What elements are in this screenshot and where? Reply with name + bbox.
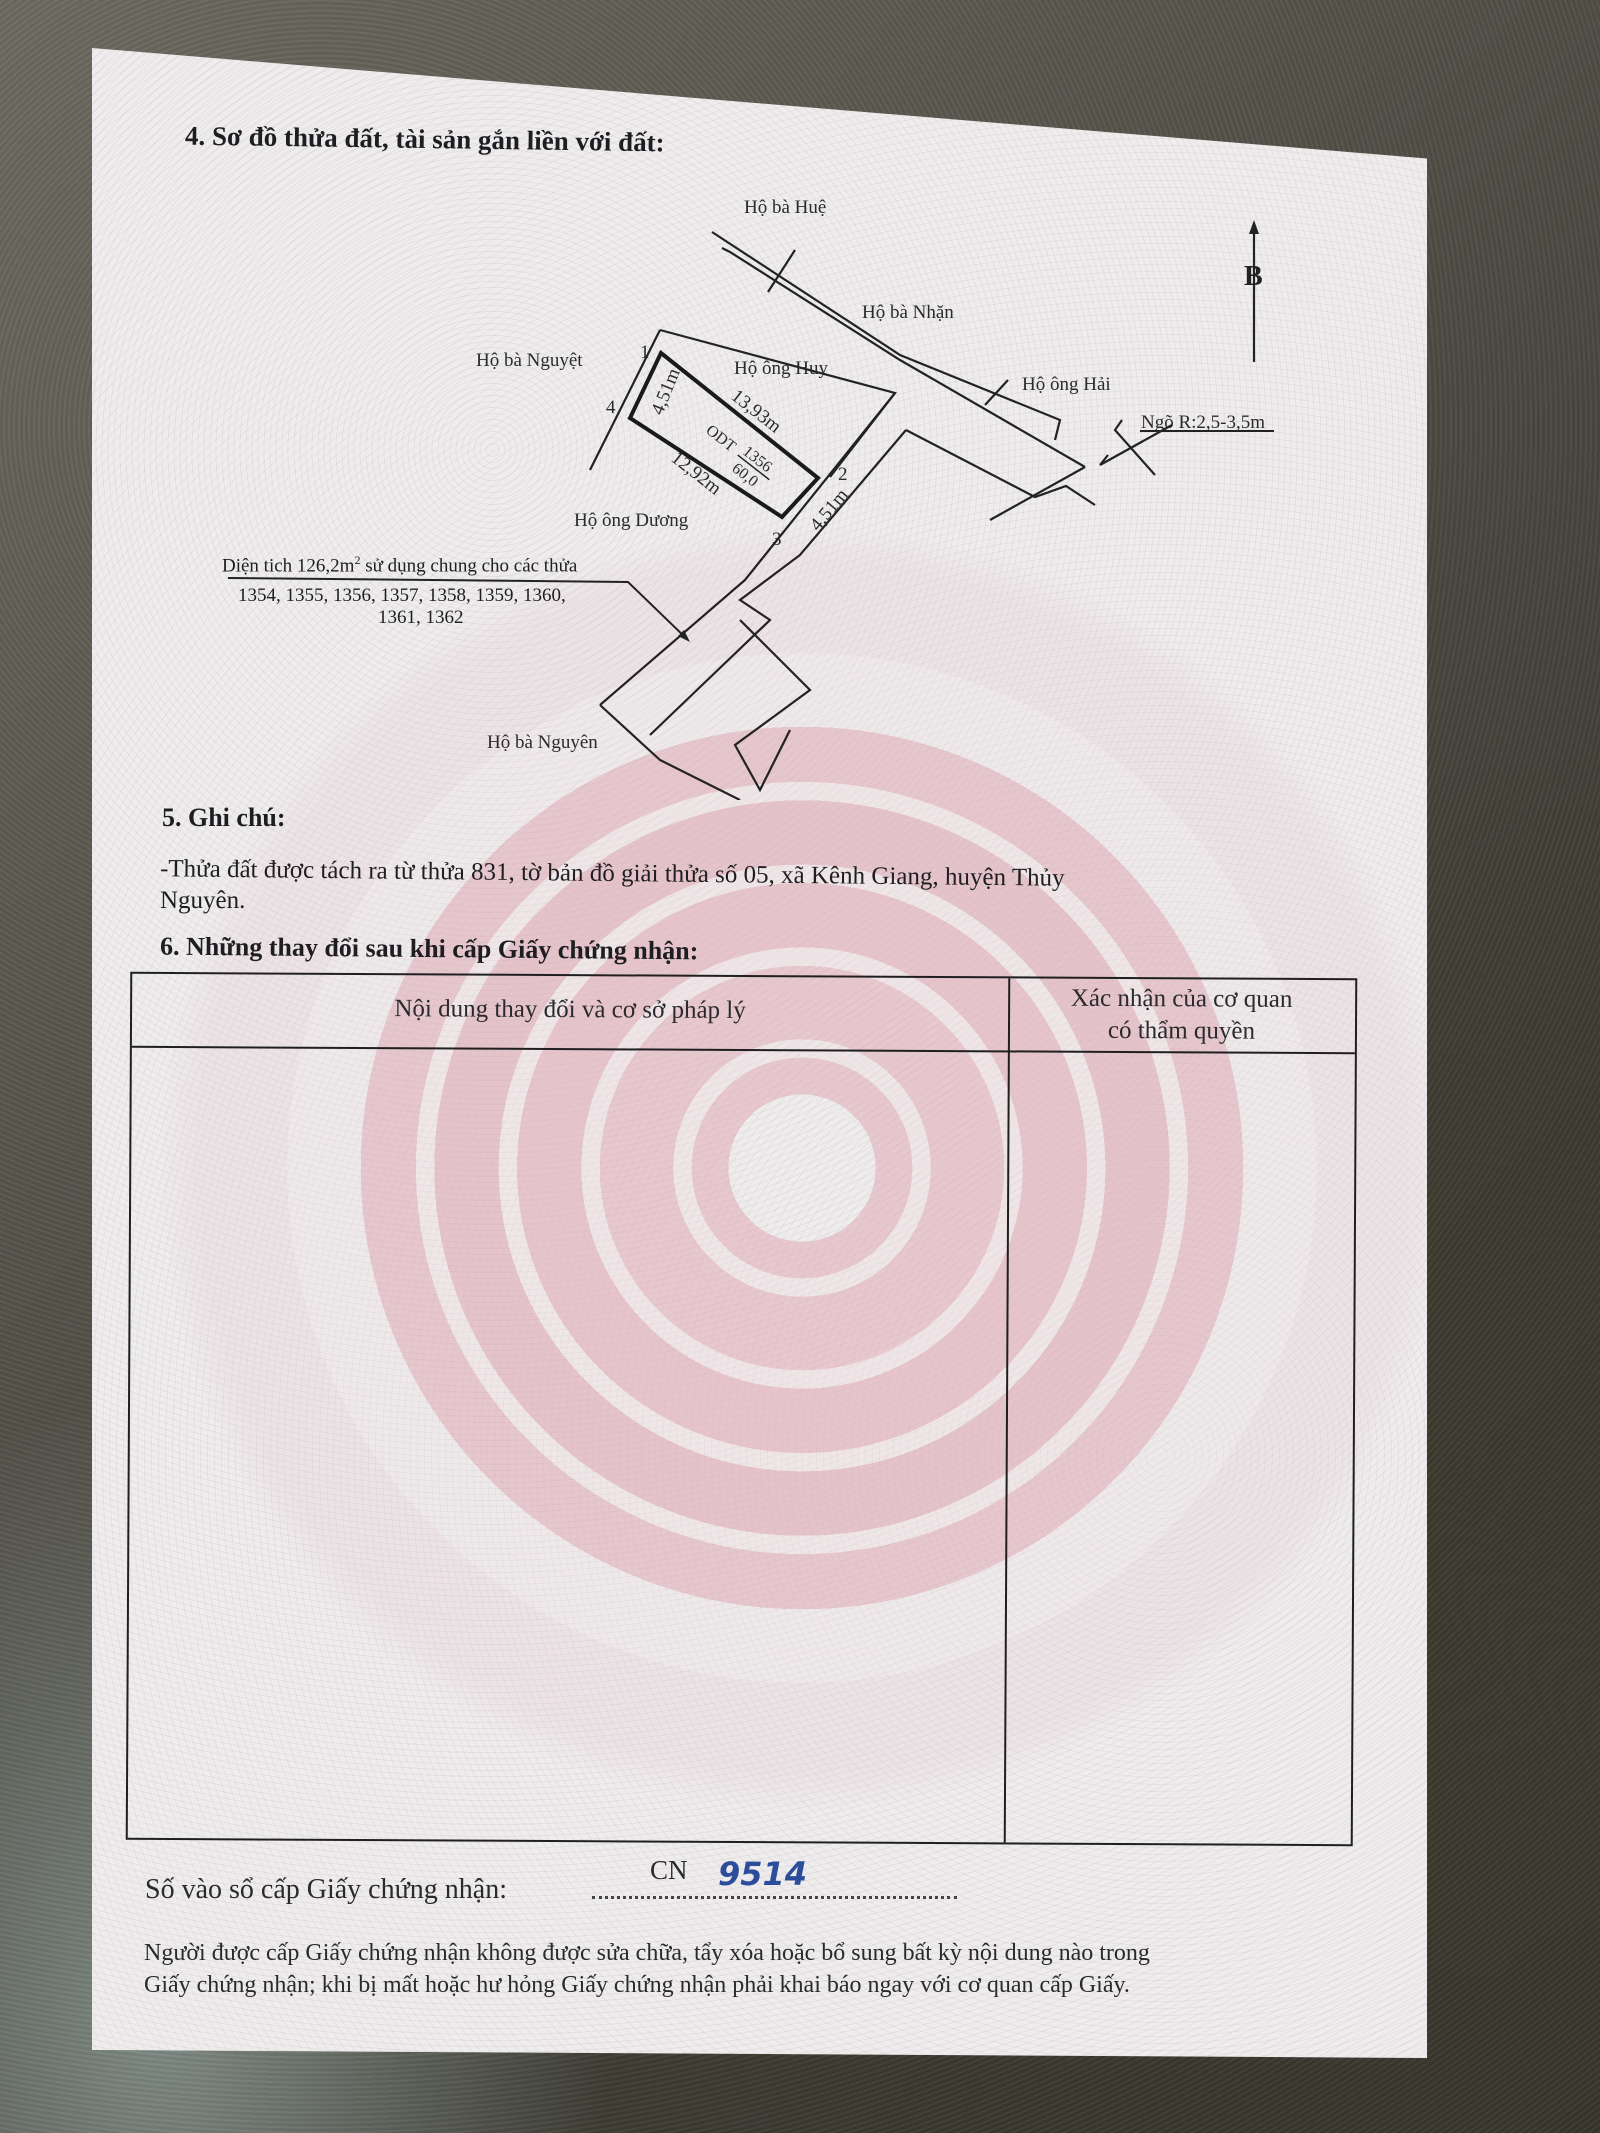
vertex-3: 3 xyxy=(772,529,782,550)
north-arrow-icon xyxy=(1249,220,1259,234)
shared-area-line3: 1361, 1362 xyxy=(378,607,464,629)
section5-note-line1: -Thửa đất được tách ra từ thửa 831, tờ b… xyxy=(160,855,1065,892)
registry-prefix: CN xyxy=(650,1853,688,1887)
north-label: B xyxy=(1244,261,1263,292)
table-column-divider xyxy=(1004,978,1011,1842)
shared-area-text: Diện tich 126,2m xyxy=(222,555,354,576)
vertex-4: 4 xyxy=(606,397,616,418)
neighbor-label-hue: Hộ bà Huệ xyxy=(744,197,826,218)
registry-number-handwritten: 9514 xyxy=(718,1855,807,1893)
column-header-confirmation: Xác nhận của cơ quan có thẩm quyền xyxy=(1008,982,1355,1048)
neighbor-label-nhan: Hộ bà Nhặn xyxy=(862,302,954,323)
shared-area-line1: Diện tich 126,2m2 sử dụng chung cho các … xyxy=(222,553,577,577)
edge-2-3-length: 4,51m xyxy=(806,485,853,535)
neighbor-label-nguyet: Hộ bà Nguyệt xyxy=(476,350,583,371)
section6-title: 6. Những thay đổi sau khi cấp Giấy chứng… xyxy=(160,932,699,967)
section5-title: 5. Ghi chú: xyxy=(162,803,286,833)
shared-area-line2: 1354, 1355, 1356, 1357, 1358, 1359, 1360… xyxy=(238,585,566,607)
neighbor-label-nguyen: Hộ bà Nguyên xyxy=(487,732,598,753)
section5-note-line2-text: Nguyên. xyxy=(160,887,245,914)
column-header-confirmation-line2: có thẩm quyền xyxy=(1008,1014,1355,1048)
vertex-1: 1 xyxy=(640,342,650,363)
section5-note-line2: Nguyên. xyxy=(160,887,245,915)
page-content: 4. Sơ đồ thửa đất, tài sản gắn liền với … xyxy=(0,0,1600,2133)
parcel-land-type: ODT xyxy=(703,422,740,456)
column-header-confirmation-line1: Xác nhận của cơ quan xyxy=(1008,982,1355,1016)
changes-table: Nội dung thay đổi và cơ sở pháp lý Xác n… xyxy=(126,972,1358,1846)
footer-warning-line2: Giấy chứng nhận; khi bị mất hoặc hư hỏng… xyxy=(144,1968,1130,2002)
neighbor-label-hai: Hộ ông Hải xyxy=(1022,374,1111,395)
column-header-changes: Nội dung thay đổi và cơ sở pháp lý xyxy=(132,992,1008,1029)
footer-warning-line1: Người được cấp Giấy chứng nhận không đượ… xyxy=(144,1936,1150,1970)
shared-area-suffix: sử dụng chung cho các thửa xyxy=(360,555,577,576)
neighbor-label-duong: Hộ ông Dương xyxy=(574,510,689,531)
vertex-2: 2 xyxy=(838,464,848,485)
neighbor-label-huy: Hộ ông Huy xyxy=(734,358,828,379)
registry-label: Số vào sổ cấp Giấy chứng nhận: xyxy=(145,1873,507,1907)
parcel-diagram: Hộ bà Huệ Hộ bà Nhặn Hộ bà Nguyệt Hộ ông… xyxy=(0,0,1600,800)
lane-label: Ngõ R:2,5-3,5m xyxy=(1141,412,1265,433)
